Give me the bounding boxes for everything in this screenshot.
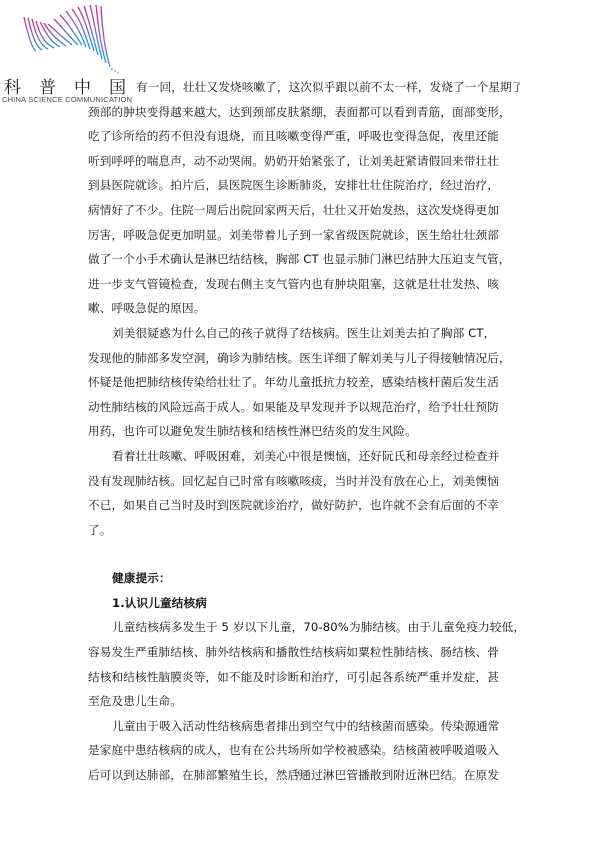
text-line: 嗽、呼吸急促的原因。 (88, 296, 520, 321)
section-title: 1.认识儿童结核病 (88, 591, 520, 616)
text-line: 不已，如果自己当时及时到医院就诊治疗，做好防护，也许就不会有后面的不幸 (88, 493, 520, 518)
text-line: 没有发现肺结核。回忆起自己时常有咳嗽咳痰，当时并没有放在心上，刘美懊恼 (88, 469, 520, 494)
story-paragraph-2: 刘美很疑惑为什么自己的孩子就得了结核病。医生让刘美去拍了胸部 CT， 发现他的肺… (88, 321, 520, 444)
tips-paragraph-1: 儿童结核病多发生于 5 岁以下儿童，70-80%为肺结核。由于儿童免疫力较低， … (88, 615, 520, 713)
text-line: 了。 (88, 518, 520, 543)
text-line: 结核和结核性脑膜炎等，如不能及时诊断和治疗，可引起各系统严重并发症，甚 (88, 665, 520, 690)
text-line: 儿童结核病多发生于 5 岁以下儿童，70-80%为肺结核。由于儿童免疫力较低， (88, 615, 520, 640)
text-line: 是家庭中患结核病的成人，也有在公共场所如学校被感染。结核菌被呼吸道吸入 (88, 738, 520, 763)
text-line: 看着壮壮咳嗽、呼吸困难，刘美心中很是懊恼，还好阮氏和母亲经过检查并 (88, 444, 520, 469)
story-paragraph-3: 看着壮壮咳嗽、呼吸困难，刘美心中很是懊恼，还好阮氏和母亲经过检查并 没有发现肺结… (88, 444, 520, 542)
document-body: 有一回，壮壮又发烧咳嗽了，这次似乎跟以前不太一样，发烧了一个星期了， 颈部的肿块… (88, 75, 520, 788)
text-line: 到县医院就诊。拍片后，县医院医生诊断肺炎，安排壮壮住院治疗，经过治疗， (88, 173, 520, 198)
text-line: 用药，也许可以避免发生肺结核和结核性淋巴结炎的发生风险。 (88, 419, 520, 444)
text-line: 容易发生严重肺结核、肺外结核病和播散性结核病如粟粒性肺结核、肠结核、骨 (88, 640, 520, 665)
text-line: 进一步支气管镜检查，发现右侧主支气管内也有肿块阻塞，这就是壮壮发热、咳 (88, 272, 520, 297)
text-line: 动性肺结核的风险远高于成人。如果能及早发现并予以规范治疗，给予壮壮预防 (88, 395, 520, 420)
text-line: 做了一个小手术确认是淋巴结结核，胸部 CT 也显示肺门淋巴结肿大压迫支气管， (88, 247, 520, 272)
text-line: 吃了诊所给的药不但没有退烧，而且咳嗽变得严重，呼吸也变得急促，夜里还能 (88, 124, 520, 149)
health-tips-heading: 健康提示： (88, 566, 520, 591)
text-line: 刘美很疑惑为什么自己的孩子就得了结核病。医生让刘美去拍了胸部 CT， (88, 321, 520, 346)
text-line: 至危及患儿生命。 (88, 689, 520, 714)
spacer (88, 542, 520, 566)
wave-logo-icon (18, 5, 128, 75)
text-line: 病情好了不少。住院一周后出院回家两天后，壮壮又开始发热，这次发烧得更加 (88, 198, 520, 223)
text-line: 有一回，壮壮又发烧咳嗽了，这次似乎跟以前不太一样，发烧了一个星期了， (88, 75, 520, 100)
text-line: 怀疑是他把肺结核传染给壮壮了。年幼儿童抵抗力较差，感染结核杆菌后发生活 (88, 370, 520, 395)
story-paragraph-1: 有一回，壮壮又发烧咳嗽了，这次似乎跟以前不太一样，发烧了一个星期了， 颈部的肿块… (88, 75, 520, 321)
text-line: 颈部的肿块变得越来越大，达到颈部皮肤紧绷，表面都可以看到青筋，面部变形， (88, 100, 520, 125)
text-line: 厉害，呼吸急促更加明显。刘美带着儿子到一家省级医院就诊，医生给壮壮颈部 (88, 223, 520, 248)
text-line: 儿童由于吸入活动性结核病患者排出到空气中的结核菌而感染。传染源通常 (88, 714, 520, 739)
text-line: 发现他的肺部多发空洞，确诊为肺结核。医生详细了解刘美与儿子得接触情况后， (88, 346, 520, 371)
page-number: 10 (0, 768, 596, 778)
text-line: 听到呼呼的喘息声，动不动哭闹。奶奶开始紧张了，让刘美赶紧请假回来带壮壮 (88, 149, 520, 174)
